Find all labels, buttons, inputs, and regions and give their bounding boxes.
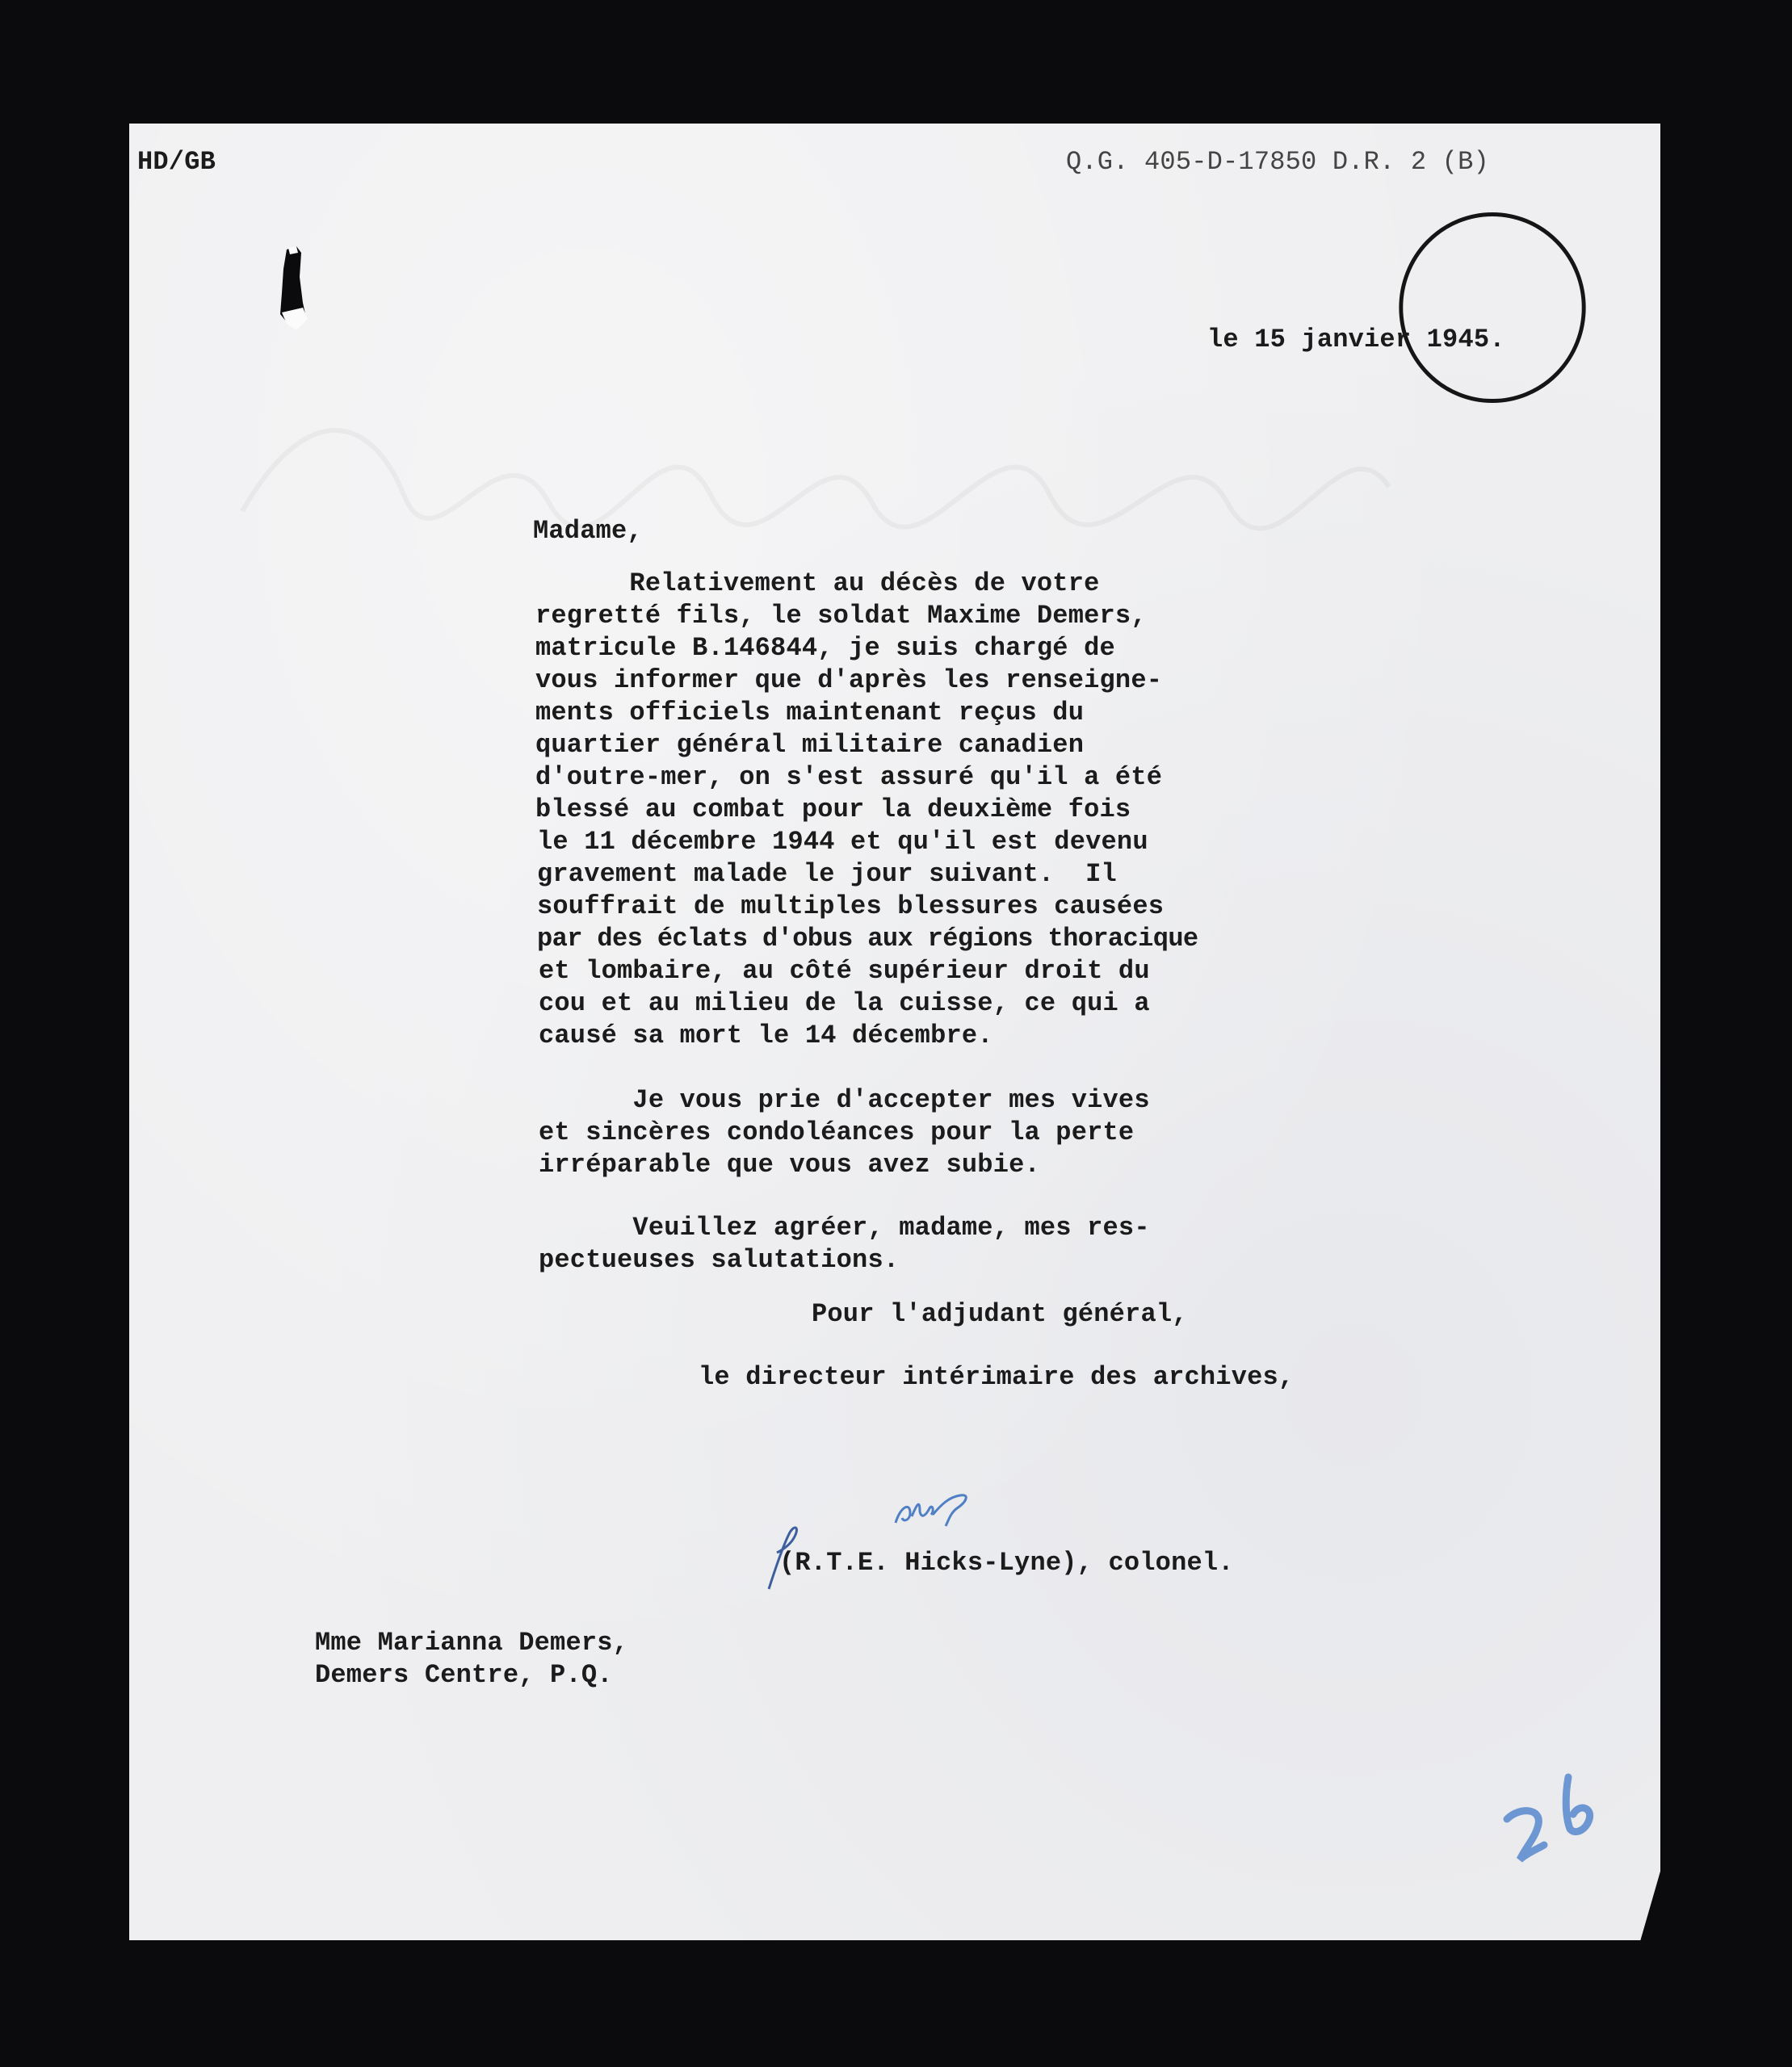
closing-line-2: le directeur intérimaire des archives,	[699, 1361, 1294, 1394]
recipient-address: Demers Centre, P.Q.	[315, 1659, 613, 1692]
body-line: pectueuses salutations.	[539, 1244, 899, 1277]
body-line: Je vous prie d'accepter mes vives	[539, 1084, 1150, 1117]
reference-initials: HD/GB	[137, 146, 216, 178]
letter-page: HD/GB Q.G. 405-D-17850 D.R. 2 (B) le 15 …	[129, 124, 1660, 1940]
body-line: ments officiels maintenant reçus du	[535, 697, 1084, 729]
punch-hole	[279, 245, 308, 333]
letter-date: le 15 janvier 1945.	[1207, 324, 1505, 356]
body-line: regretté fils, le soldat Maxime Demers,	[535, 600, 1147, 632]
body-line: Veuillez agréer, madame, mes res-	[539, 1212, 1150, 1244]
body-line: gravement malade le jour suivant. Il	[537, 858, 1117, 891]
body-line: cou et au milieu de la cuisse, ce qui a	[539, 987, 1150, 1020]
signatory-name: (R.T.E. Hicks-Lyne), colonel.	[779, 1547, 1234, 1579]
body-line: et lombaire, au côté supérieur droit du	[539, 955, 1150, 987]
body-line: quartier général militaire canadien	[535, 729, 1084, 761]
body-line: et sincères condoléances pour la perte	[539, 1117, 1134, 1149]
body-line: blessé au combat pour la deuxième fois	[535, 794, 1131, 826]
file-reference: Q.G. 405-D-17850 D.R. 2 (B)	[1066, 146, 1489, 178]
body-line: matricule B.146844, je suis chargé de	[535, 632, 1115, 665]
body-line: irréparable que vous avez subie.	[539, 1149, 1040, 1181]
closing-line-1: Pour l'adjudant général,	[812, 1298, 1188, 1331]
registry-stamp-circle	[1399, 212, 1585, 403]
salutation: Madame,	[533, 515, 643, 547]
body-line: Relativement au décès de votre	[535, 568, 1100, 600]
body-line: causé sa mort le 14 décembre.	[539, 1020, 993, 1052]
bleed-through-watermark	[210, 366, 1421, 560]
body-line: souffrait de multiples blessures causées	[537, 891, 1164, 923]
handwritten-initials-icon	[892, 1491, 989, 1531]
body-line: d'outre-mer, on s'est assuré qu'il a été	[535, 761, 1162, 794]
body-line: par des éclats d'obus aux régions thorac…	[537, 923, 1198, 955]
body-line: vous informer que d'après les renseigne-	[535, 665, 1162, 697]
recipient-name: Mme Marianna Demers,	[315, 1627, 628, 1659]
body-line: le 11 décembre 1944 et qu'il est devenu	[537, 826, 1148, 858]
handwritten-page-number-icon	[1502, 1771, 1599, 1868]
